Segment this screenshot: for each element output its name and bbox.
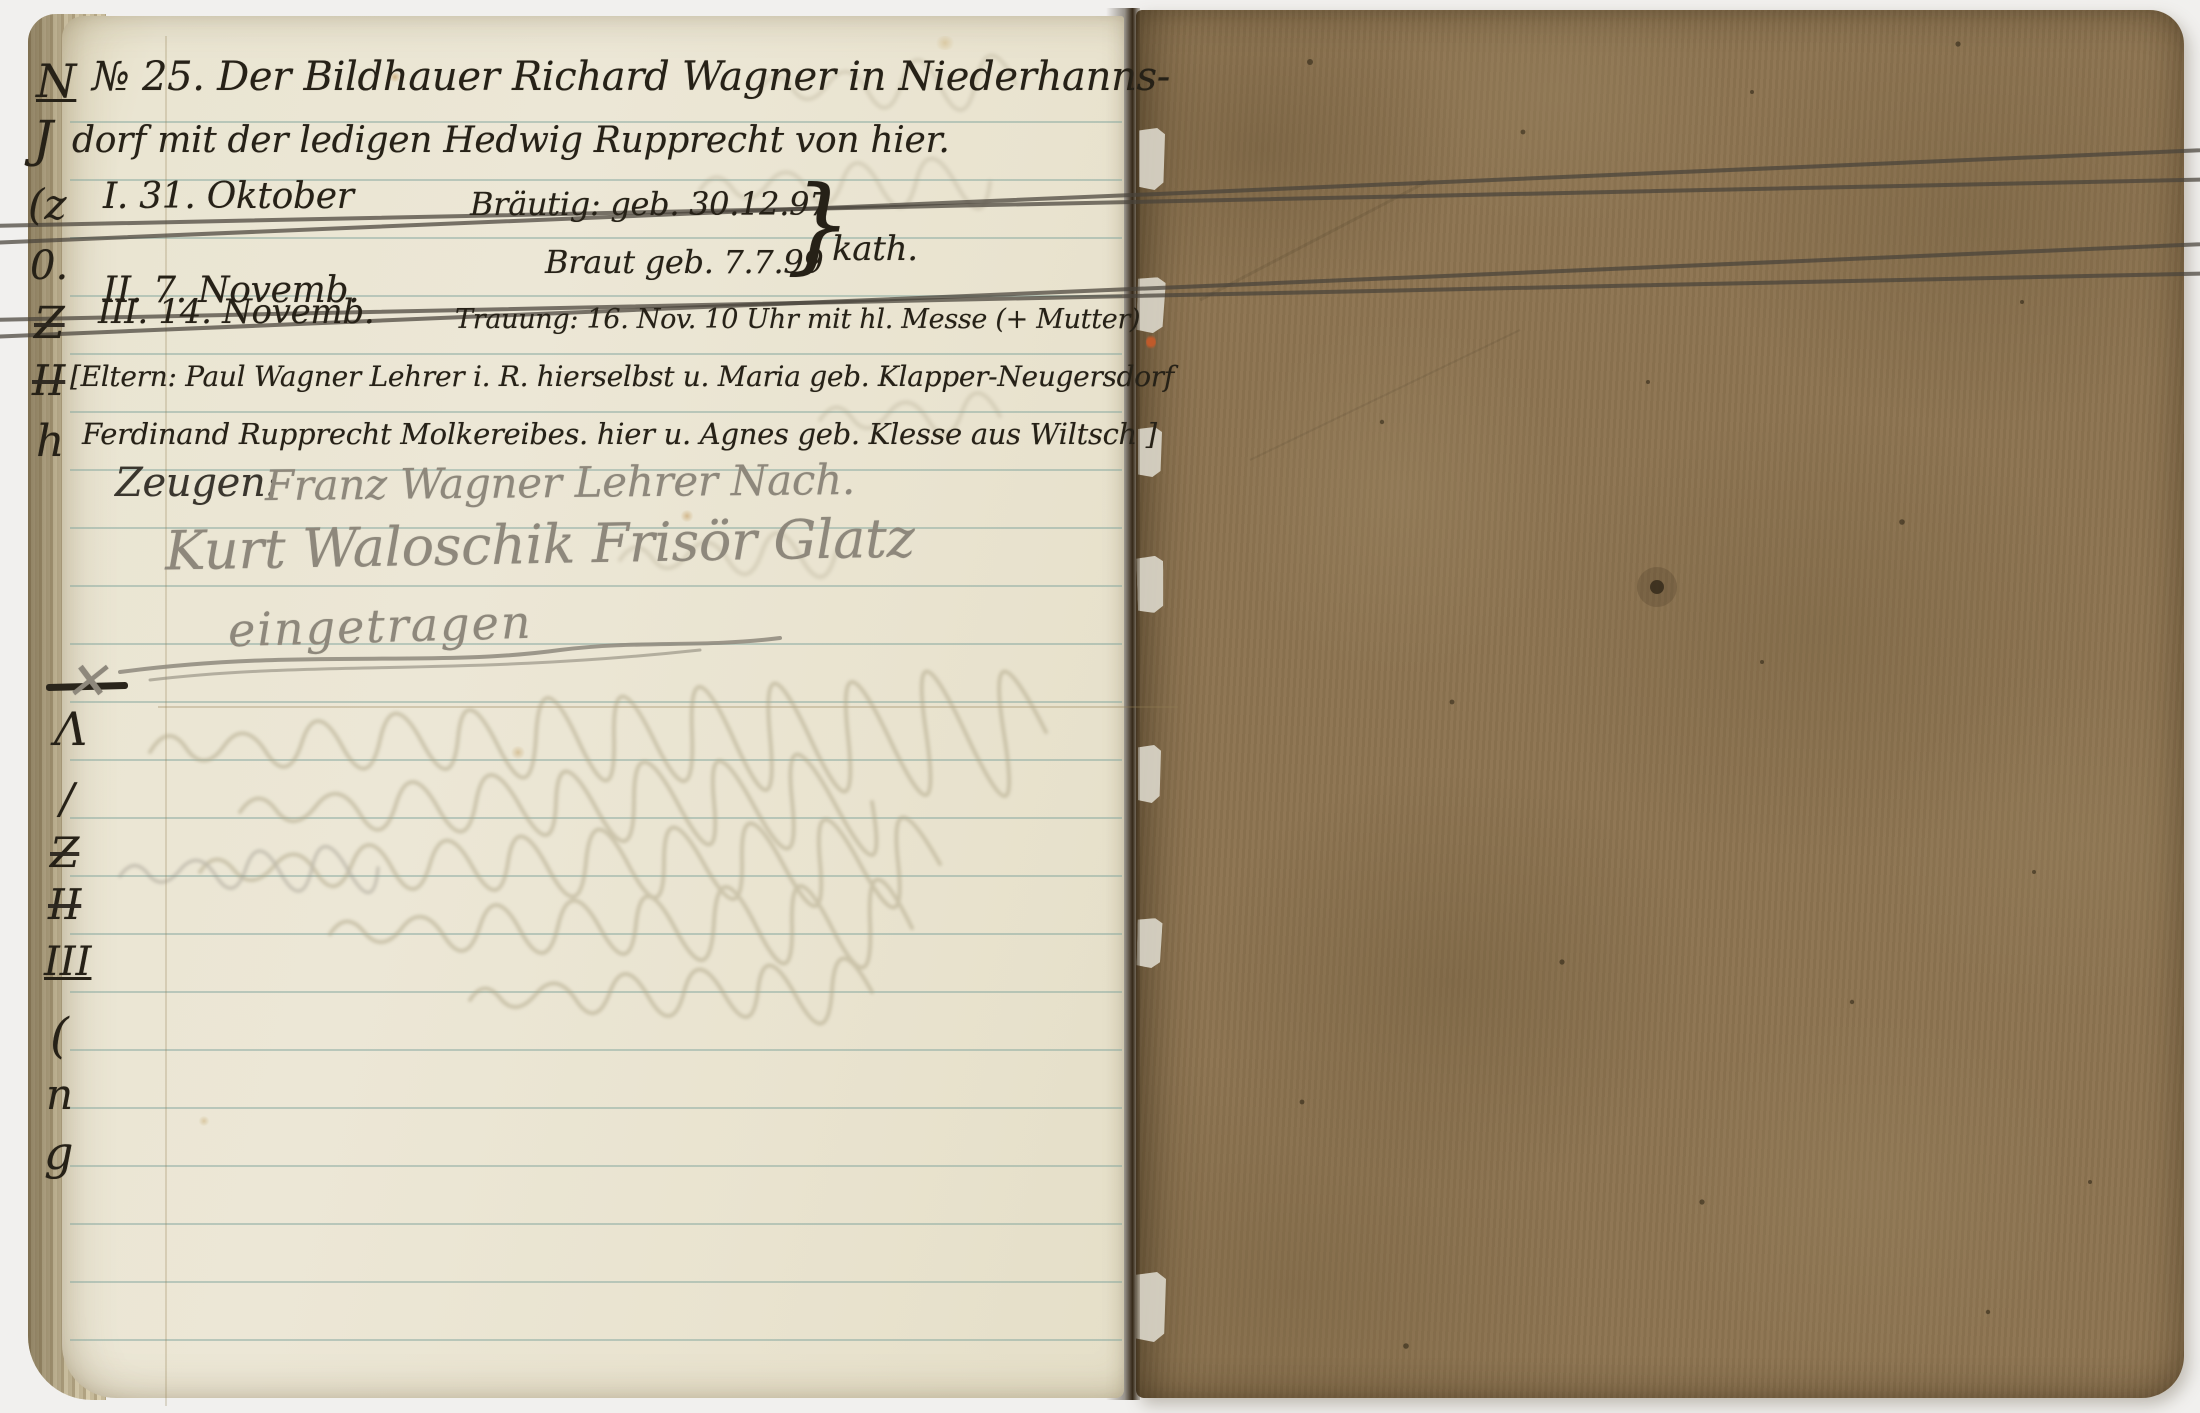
- margin-mark: II: [48, 884, 81, 926]
- margin-mark: J: [33, 114, 53, 164]
- bride-birthdate: Braut geb. 7.7.99: [545, 246, 823, 278]
- margin-mark: h: [36, 420, 64, 464]
- sheet-edge-crease: [158, 706, 1178, 708]
- margin-mark: n: [46, 1074, 73, 1116]
- margin-mark: (z: [28, 184, 67, 226]
- notebook-back-cover: [1136, 10, 2184, 1398]
- margin-mark: Λ: [54, 706, 87, 752]
- wedding-date-note: Trauung: 16. Nov. 10 Uhr mit hl. Messe (…: [455, 306, 1140, 333]
- witness-1: Franz Wagner Lehrer Nach.: [265, 459, 855, 507]
- paper-stain: [198, 1116, 210, 1126]
- witnesses-label: Zeugen:: [115, 463, 279, 503]
- torn-paper-remnant: [1136, 556, 1165, 614]
- red-wax-fleck: [1146, 334, 1156, 350]
- margin-mark: II: [32, 360, 65, 402]
- margin-mark: III: [44, 942, 91, 982]
- scanned-notebook-spread: { "entry": { "line1": "№ 25. Der Bildhau…: [0, 0, 2200, 1413]
- date-row2-label-struck: II. 7. Novemb.: [103, 273, 2200, 309]
- sheet-edge-crease: [165, 36, 167, 1406]
- entry-headline-line2: dorf mit der ledigen Hedwig Rupprecht vo…: [72, 123, 950, 159]
- parents-bride-line: Ferdinand Rupprecht Molkereibes. hier u.…: [82, 420, 1157, 449]
- torn-paper-remnant: [1136, 918, 1162, 969]
- registered-note: eingetragen: [227, 599, 533, 653]
- torn-paper-remnant: [1136, 1272, 1166, 1342]
- torn-paper-remnant: [1138, 745, 1161, 803]
- paper-stain: [510, 746, 526, 759]
- date-row1-label-struck: I. 31. Oktober: [103, 179, 2200, 215]
- notebook-page: [62, 16, 1124, 1398]
- margin-mark: 0.: [30, 246, 68, 286]
- margin-mark: Z: [50, 832, 79, 874]
- parents-groom-line: [Eltern: Paul Wagner Lehrer i. R. hierse…: [70, 363, 1174, 391]
- margin-mark: Z: [34, 302, 65, 346]
- witness-2: Kurt Waloschik Frisör Glatz: [165, 511, 916, 578]
- margin-mark: (: [50, 1012, 69, 1060]
- groom-birthdate: Bräutig: geb. 30.12.97: [470, 188, 829, 220]
- margin-mark: ✕: [64, 656, 108, 708]
- paper-stain: [934, 36, 956, 50]
- confession-note: kath.: [832, 232, 918, 266]
- margin-mark: N: [36, 58, 76, 104]
- margin-mark: /: [60, 778, 74, 820]
- date-row3-label: III. 14. Novemb.: [98, 295, 374, 329]
- margin-mark: g: [44, 1130, 73, 1176]
- entry-headline-line1: № 25. Der Bildhauer Richard Wagner in Ni…: [92, 57, 1170, 97]
